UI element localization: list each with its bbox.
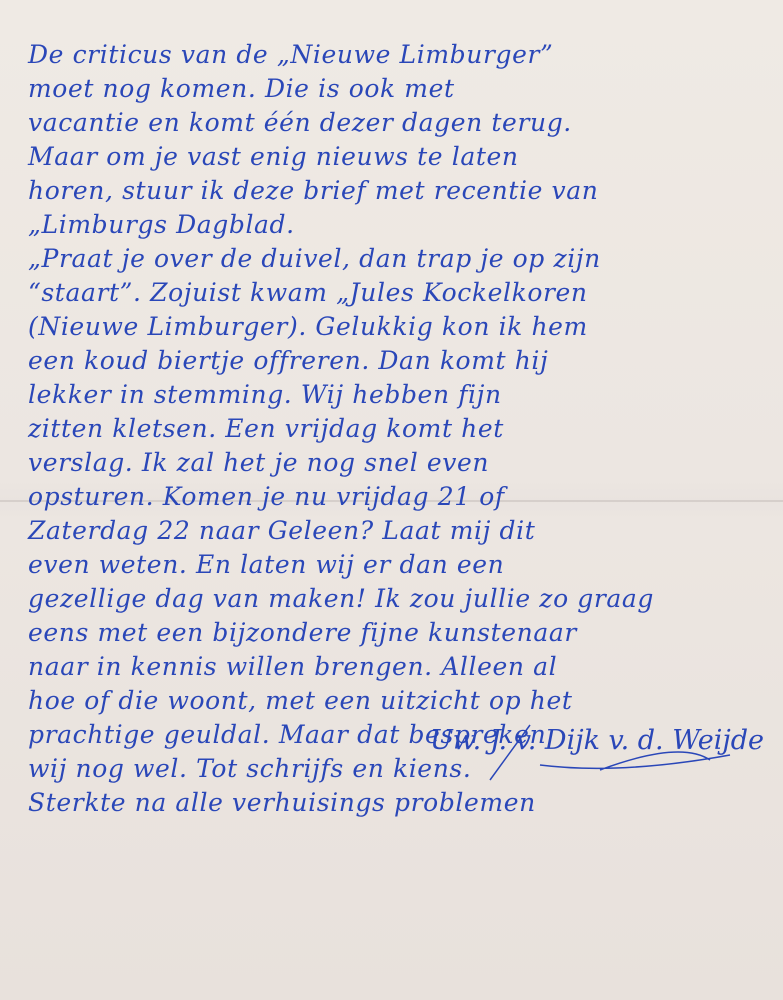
letter-line: „Praat je over de duivel, dan trap je op…	[28, 242, 773, 276]
letter-line: Maar om je vast enig nieuws te laten	[28, 140, 773, 174]
letter-line: horen, stuur ik deze brief met recentie …	[28, 174, 773, 208]
letter-line: eens met een bijzondere fijne kunstenaar	[28, 616, 773, 650]
letter-line: verslag. Ik zal het je nog snel even	[28, 446, 773, 480]
letter-line: (Nieuwe Limburger). Gelukkig kon ik hem	[28, 310, 773, 344]
letter-line: zitten kletsen. Een vrijdag komt het	[28, 412, 773, 446]
letter-line: Sterkte na alle verhuisings problemen	[28, 786, 773, 820]
letter-line: “staart”. Zojuist kwam „Jules Kockelkore…	[28, 276, 773, 310]
letter-line: opsturen. Komen je nu vrijdag 21 of	[28, 480, 773, 514]
letter-line: „Limburgs Dagblad.	[28, 208, 773, 242]
signature: Uw. J. v. Dijk v. d. Weijde	[430, 725, 764, 756]
letter-line: gezellige dag van maken! Ik zou jullie z…	[28, 582, 773, 616]
letter-body: De criticus van de „Nieuwe Limburger” mo…	[28, 38, 773, 820]
letter-line: een koud biertje offreren. Dan komt hij	[28, 344, 773, 378]
letter-line: Zaterdag 22 naar Geleen? Laat mij dit	[28, 514, 773, 548]
letter-line: naar in kennis willen brengen. Alleen al	[28, 650, 773, 684]
letter-line: lekker in stemming. Wij hebben fijn	[28, 378, 773, 412]
letter-line: De criticus van de „Nieuwe Limburger”	[28, 38, 773, 72]
letter-line: hoe of die woont, met een uitzicht op he…	[28, 684, 773, 718]
letter-page: De criticus van de „Nieuwe Limburger” mo…	[0, 0, 783, 1000]
letter-line: moet nog komen. Die is ook met	[28, 72, 773, 106]
letter-line: even weten. En laten wij er dan een	[28, 548, 773, 582]
letter-line: vacantie en komt één dezer dagen terug.	[28, 106, 773, 140]
